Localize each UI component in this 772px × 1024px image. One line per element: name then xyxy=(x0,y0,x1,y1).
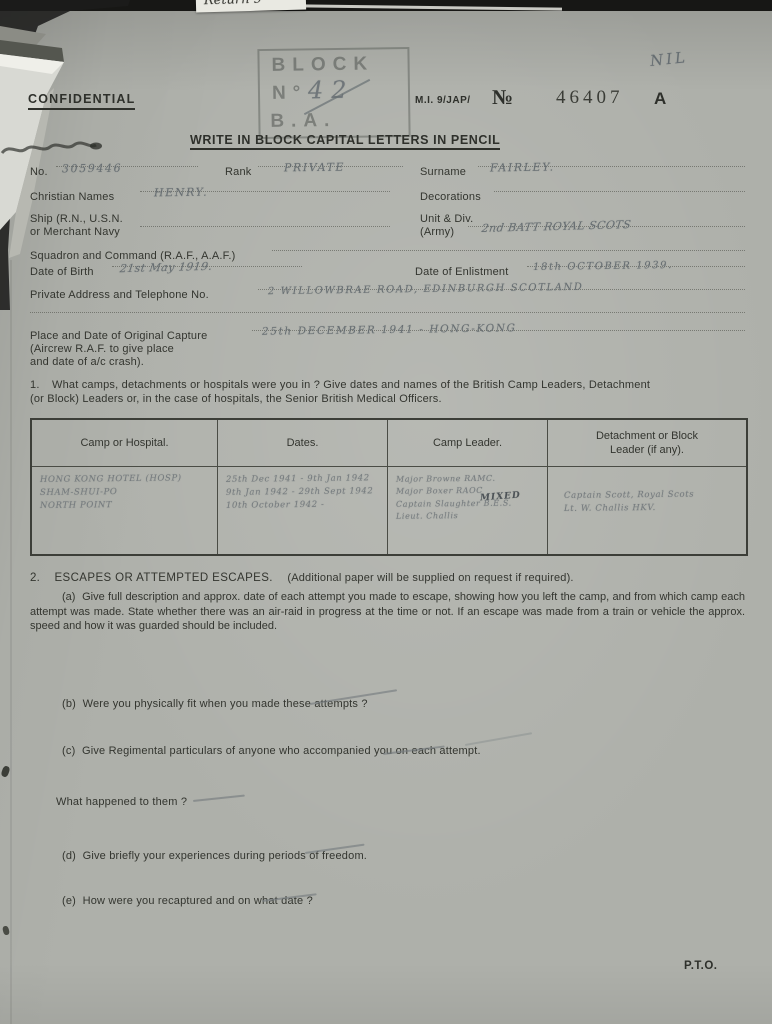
field-label-ship-line2: or Merchant Navy xyxy=(30,226,120,239)
torn-label-text: Return 9 xyxy=(204,0,262,8)
scanned-pow-questionnaire-page: Return 9 CONFIDENTIAL BLOCK N° 42 B.A. M… xyxy=(0,0,772,1024)
field-value-surname: FAIRLEY. xyxy=(490,161,555,175)
table-cell-dates: 25th Dec 1941 - 9th Jan 1942 9th Jan 194… xyxy=(218,467,387,513)
edge-mark xyxy=(2,925,10,935)
case-number: 46407 xyxy=(556,87,624,109)
field-value-unit: 2nd BATT ROYAL SCOTS xyxy=(481,218,632,235)
question2a-text: (a) Give full description and approx. da… xyxy=(30,590,745,634)
field-value-capture: 25th DECEMBER 1941 - HONG-KONG xyxy=(262,322,517,338)
question2-note: (Additional paper will be supplied on re… xyxy=(287,572,573,584)
field-label-dob: Date of Birth xyxy=(30,266,94,279)
field-label-no: No. xyxy=(30,166,48,179)
table-column-dates: Dates. 25th Dec 1941 - 9th Jan 1942 9th … xyxy=(218,420,388,554)
question1-number: 1. xyxy=(30,379,40,392)
block-number-stamp: BLOCK N° 42 B.A. xyxy=(257,47,410,139)
ref-no-sign: № xyxy=(492,85,513,110)
question1-line2: (or Block) Leaders or, in the case of ho… xyxy=(30,393,442,406)
field-label-decorations: Decorations xyxy=(420,191,481,204)
table-header-dates: Dates. xyxy=(218,420,387,467)
table-header-detachment: Detachment or Block Leader (if any). xyxy=(548,420,746,467)
question2-number: 2. xyxy=(30,572,40,584)
camps-table: Camp or Hospital. HONG KONG HOTEL (HOSP)… xyxy=(30,418,748,556)
question2c2-row: What happened to them ? xyxy=(56,796,187,809)
table-cell-detachment: Captain Scott, Royal Scots Lt. W. Challi… xyxy=(548,467,746,515)
field-label-address: Private Address and Telephone No. xyxy=(30,289,209,302)
ref-prefix: M.I. 9/JAP/ xyxy=(415,95,471,106)
paper-crease xyxy=(10,260,12,1024)
field-value-christian-names: HENRY. xyxy=(154,186,208,200)
question2-title: ESCAPES OR ATTEMPTED ESCAPES. xyxy=(54,572,272,584)
field-label-unit-line2: (Army) xyxy=(420,226,454,239)
table-column-leader: Camp Leader. Major Browne RAMC. Major Bo… xyxy=(388,420,548,554)
field-value-enlistment: 18th OCTOBER 1939. xyxy=(533,260,673,273)
stitch-mark xyxy=(0,133,106,163)
question1-line1: What camps, detachments or hospitals wer… xyxy=(52,379,650,392)
table-cell-leader: Major Browne RAMC. Major Boxer RAOC Capt… xyxy=(388,467,547,523)
stamp-line2: N° xyxy=(272,82,308,104)
field-label-christian-names: Christian Names xyxy=(30,191,114,204)
field-value-rank: PRIVATE xyxy=(284,161,345,175)
field-label-unit-line1: Unit & Div. xyxy=(420,213,473,226)
field-label-surname: Surname xyxy=(420,166,466,179)
instruction-heading: WRITE IN BLOCK CAPITAL LETTERS IN PENCIL xyxy=(190,133,500,150)
table-column-camp: Camp or Hospital. HONG KONG HOTEL (HOSP)… xyxy=(32,420,218,554)
pencil-dash xyxy=(193,795,245,802)
field-label-enlistment: Date of Enlistment xyxy=(415,266,508,279)
field-value-dob: 21st May 1919. xyxy=(119,260,213,275)
field-value-no: 3059446 xyxy=(62,162,122,176)
question2d-row: (d) Give briefly your experiences during… xyxy=(62,850,367,863)
field-label-capture: Place and Date of Original Capture xyxy=(30,330,207,343)
field-note-capture-line2: and date of a/c crash). xyxy=(30,356,144,369)
pto-marker: P.T.O. xyxy=(684,960,717,972)
question2c-row: (c) Give Regimental particulars of anyon… xyxy=(62,745,481,758)
table-header-camp: Camp or Hospital. xyxy=(32,420,217,467)
classification-marking: CONFIDENTIAL xyxy=(28,92,135,110)
table-header-leader: Camp Leader. xyxy=(388,420,547,467)
series-letter: A xyxy=(654,89,666,109)
field-value-address: 2 WILLOWBRAE ROAD, EDINBURGH SCOTLAND xyxy=(268,282,584,297)
field-label-rank: Rank xyxy=(225,166,251,179)
field-label-ship-line1: Ship (R.N., U.S.N. xyxy=(30,213,123,226)
pencil-note-nil: NIL xyxy=(649,48,689,70)
table-cell-camp: HONG KONG HOTEL (HOSP) SHAM-SHUI-PO NORT… xyxy=(32,467,217,513)
stamp-line1: BLOCK xyxy=(271,53,374,76)
pencil-dash xyxy=(465,732,532,745)
table-column-detachment: Detachment or Block Leader (if any). Cap… xyxy=(548,420,746,554)
field-note-capture-line1: (Aircrew R.A.F. to give place xyxy=(30,343,174,356)
question2e-row: (e) How were you recaptured and on what … xyxy=(62,895,313,908)
question2-title-row: 2. ESCAPES OR ATTEMPTED ESCAPES. (Additi… xyxy=(30,568,745,586)
